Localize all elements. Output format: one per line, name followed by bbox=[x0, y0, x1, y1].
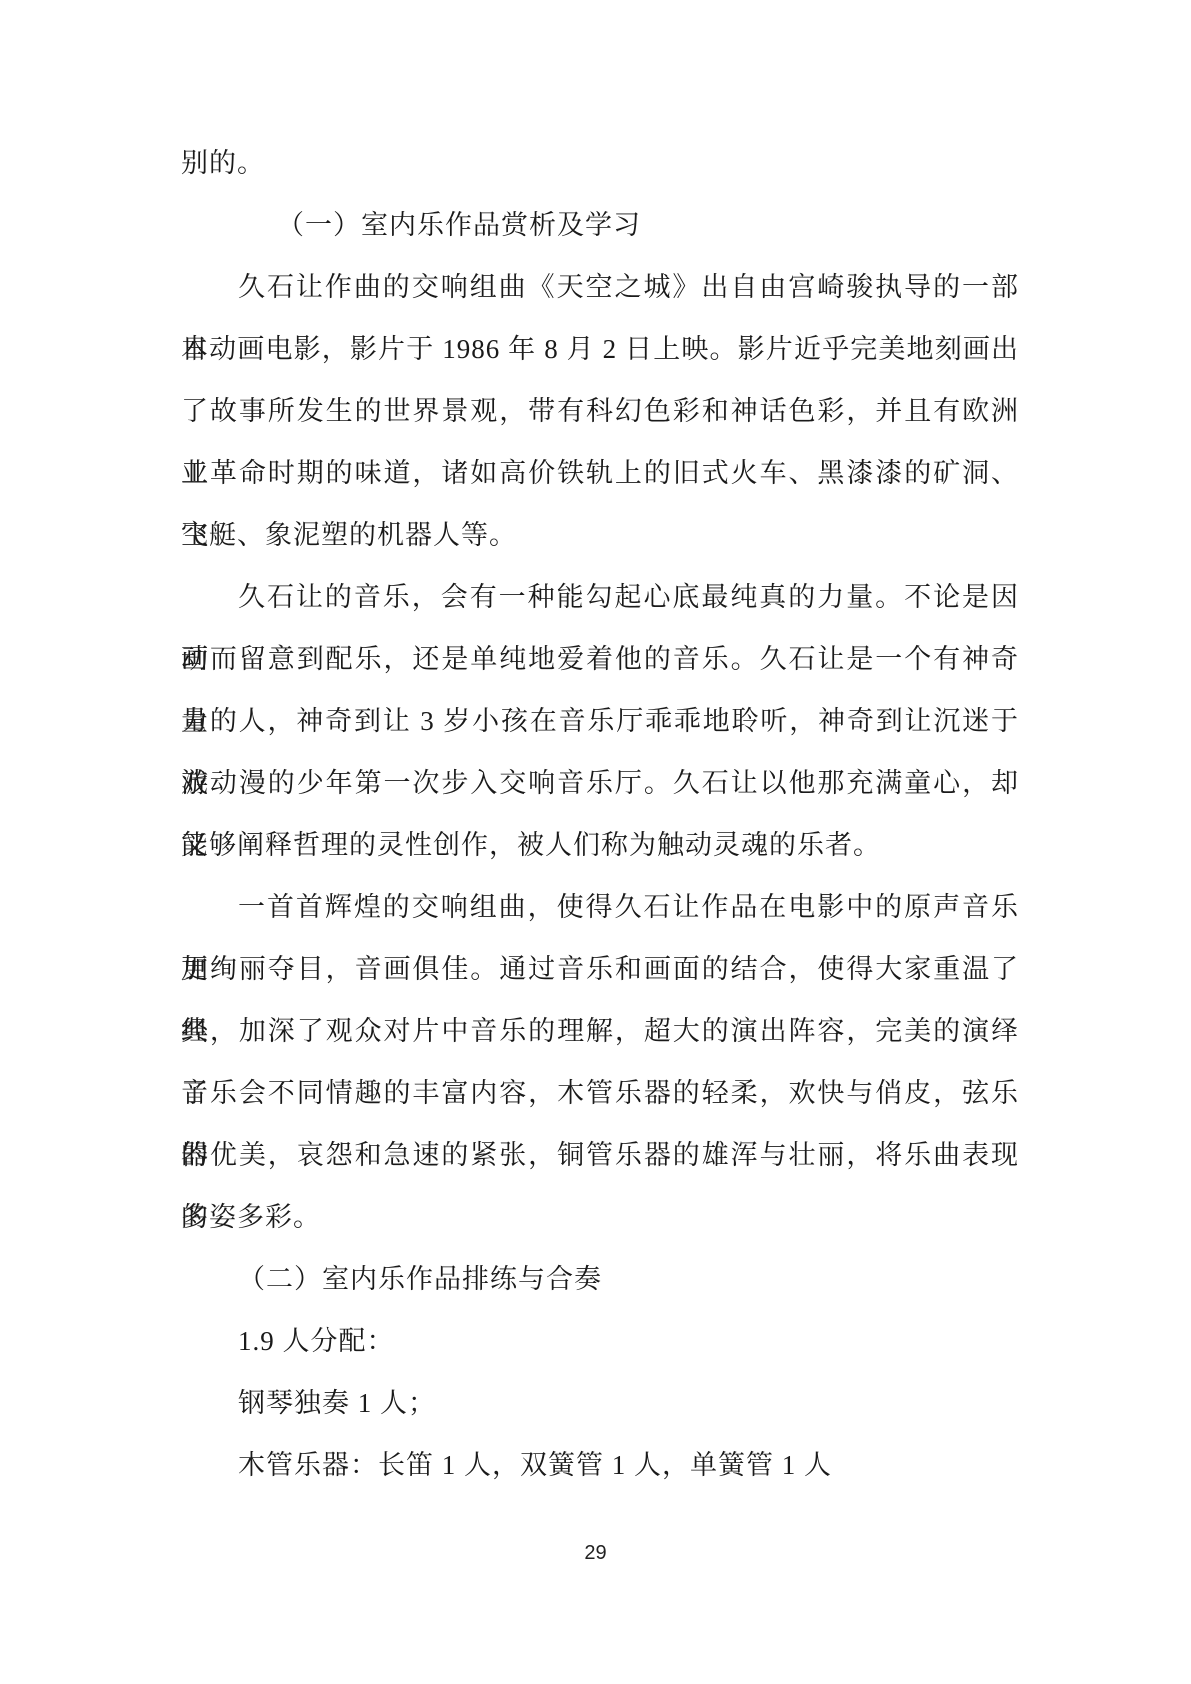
paragraph-line: 空艇、象泥塑的机器人等。 bbox=[181, 504, 1019, 566]
paragraph-line: 多姿多彩。 bbox=[181, 1186, 1019, 1248]
paragraph-line: 能够阐释哲理的灵性创作，被人们称为触动灵魂的乐者。 bbox=[181, 814, 1019, 876]
paragraph-line: 久石让的音乐，会有一种能勾起心底最纯真的力量。不论是因动 bbox=[181, 566, 1019, 628]
paragraph-line: 的优美，哀怨和急速的紧张，铜管乐器的雄浑与壮丽，将乐曲表现的 bbox=[181, 1124, 1019, 1186]
paragraph-line: 画而留意到配乐，还是单纯地爱着他的音乐。久石让是一个有神奇力 bbox=[181, 628, 1019, 690]
list-item-line: 1.9 人分配： bbox=[181, 1310, 1019, 1372]
list-item-line: 钢琴独奏 1 人； bbox=[181, 1372, 1019, 1434]
list-item-line: 木管乐器：长笛 1 人，双簧管 1 人，单簧管 1 人 bbox=[181, 1434, 1019, 1496]
section-heading-2: （二）室内乐作品排练与合奏 bbox=[181, 1248, 1019, 1310]
paragraph-line: 量的人，神奇到让 3 岁小孩在音乐厅乖乖地聆听，神奇到让沉迷于游 bbox=[181, 690, 1019, 752]
section-heading-1: （一）室内乐作品赏析及学习 bbox=[181, 194, 1019, 256]
document-page: 别的。 （一）室内乐作品赏析及学习 久石让作曲的交响组曲《天空之城》出自由宫崎骏… bbox=[0, 0, 1191, 1684]
paragraph-line: 加绚丽夺目，音画俱佳。通过音乐和画面的结合，使得大家重温了经 bbox=[181, 938, 1019, 1000]
paragraph-line: 业革命时期的味道，诸如高价铁轨上的旧式火车、黑漆漆的矿洞、飞 bbox=[181, 442, 1019, 504]
paragraph-line: 典，加深了观众对片中音乐的理解，超大的演出阵容，完美的演绎了 bbox=[181, 1000, 1019, 1062]
paragraph-line: 本动画电影，影片于 1986 年 8 月 2 日上映。影片近乎完美地刻画出 bbox=[181, 318, 1019, 380]
paragraph-line: 了故事所发生的世界景观，带有科幻色彩和神话色彩，并且有欧洲工 bbox=[181, 380, 1019, 442]
page-number: 29 bbox=[0, 1538, 1191, 1568]
paragraph-line: 久石让作曲的交响组曲《天空之城》出自由宫崎骏执导的一部日 bbox=[181, 256, 1019, 318]
paragraph-line: 音乐会不同情趣的丰富内容，木管乐器的轻柔，欢快与俏皮，弦乐器 bbox=[181, 1062, 1019, 1124]
document-body: 别的。 （一）室内乐作品赏析及学习 久石让作曲的交响组曲《天空之城》出自由宫崎骏… bbox=[181, 132, 1019, 1496]
paragraph-line: 一首首辉煌的交响组曲，使得久石让作品在电影中的原声音乐更 bbox=[181, 876, 1019, 938]
paragraph-line: 戏动漫的少年第一次步入交响音乐厅。久石让以他那充满童心，却又 bbox=[181, 752, 1019, 814]
paragraph-continuation-line: 别的。 bbox=[181, 132, 1019, 194]
